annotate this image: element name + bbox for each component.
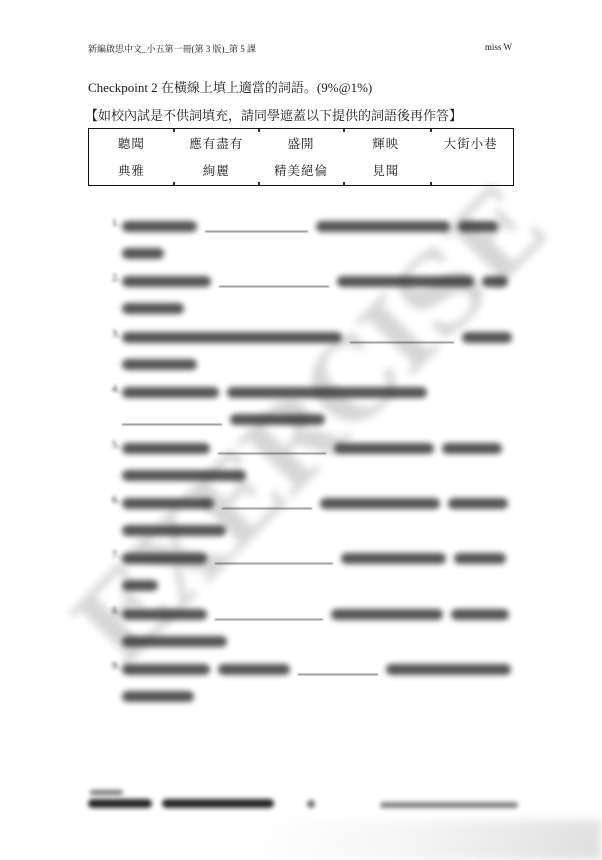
item-number: 7. [106, 549, 120, 561]
checkpoint-title: Checkpoint 2 在橫線上填上適當的詞語。(9%@1%) [88, 77, 372, 96]
blurred-text [442, 443, 502, 454]
worksheet-page: EXERCISE 新編啟思中文_小五第一冊(第 3 版)_第 5 課 miss … [0, 0, 602, 860]
item-number: 3. [106, 328, 120, 340]
blurred-text [122, 580, 158, 591]
answer-blank [222, 495, 312, 509]
exercise-line [122, 467, 246, 481]
word-bank-term: 典雅 [89, 157, 174, 185]
blurred-text [448, 498, 508, 509]
blurred-text [218, 664, 290, 675]
page-content: 新編啟思中文_小五第一冊(第 3 版)_第 5 課 miss W Checkpo… [0, 0, 602, 860]
page-header: 新編啟思中文_小五第一冊(第 3 版)_第 5 課 miss W [88, 42, 512, 55]
column-divider-tick [258, 129, 260, 132]
page-number [307, 800, 315, 808]
blurred-text [316, 221, 450, 232]
blurred-text [334, 443, 434, 454]
blurred-text [454, 553, 506, 564]
exercise-book-label [90, 790, 123, 795]
exercise-list: 1.2.3.4.5.6.7.8.9. [106, 214, 518, 713]
blurred-text [122, 303, 184, 314]
exercise-line [122, 606, 509, 620]
blurred-text [122, 248, 164, 259]
exercise-line [122, 550, 506, 564]
exercise-line [122, 411, 325, 425]
word-bank-body: 聽聞應有盡有盛開輝映大街小巷典雅絢麗精美絕倫見聞 [89, 129, 513, 184]
document-code [380, 802, 518, 808]
blurred-text [122, 691, 194, 702]
word-bank-term: 輝映 [343, 129, 428, 157]
exercise-line [122, 688, 194, 702]
blurred-text [482, 276, 508, 287]
column-divider-tick [173, 129, 175, 132]
instruction-note: 【如校內試是不供詞填充，請同學遮蓋以下提供的詞語後再作答】 [85, 105, 462, 124]
exercise-line [122, 356, 197, 370]
exercise-item: 8. [106, 602, 518, 657]
word-bank-term: 見聞 [343, 157, 428, 185]
document-title: 新編啟思中文_小五第一冊(第 3 版)_第 5 課 [88, 42, 256, 55]
blurred-text [331, 609, 443, 620]
blurred-text [122, 221, 197, 232]
page-corner-shadow [255, 820, 602, 860]
blurred-text [337, 276, 474, 287]
column-divider-tick [173, 182, 175, 185]
exercise-line [122, 218, 498, 232]
footer-title-part-1 [88, 799, 152, 808]
blurred-text [386, 664, 511, 675]
exercise-item: 5. [106, 436, 518, 491]
word-bank-table: 聽聞應有盡有盛開輝映大街小巷典雅絢麗精美絕倫見聞 [88, 128, 514, 186]
exercise-item: 3. [106, 325, 518, 380]
answer-blank [215, 550, 333, 564]
answer-blank [298, 661, 378, 675]
blurred-text [122, 276, 211, 287]
item-number: 8. [106, 605, 120, 617]
blurred-text [320, 498, 440, 509]
blurred-text [122, 525, 226, 536]
word-bank-term: 盛開 [259, 129, 344, 157]
blurred-text [122, 664, 210, 675]
exercise-line [122, 384, 427, 398]
word-bank-term: 應有盡有 [174, 129, 259, 157]
blurred-text [122, 443, 210, 454]
answer-blank [205, 218, 308, 232]
exercise-line [122, 440, 502, 454]
exercise-item: 6. [106, 491, 518, 546]
blurred-text [122, 470, 246, 481]
exercise-line [122, 522, 226, 536]
blurred-text [122, 359, 197, 370]
column-divider-tick [343, 129, 345, 132]
item-number: 6. [106, 494, 120, 506]
item-number: 2. [106, 272, 120, 284]
answer-blank [218, 440, 326, 454]
column-divider-tick [430, 182, 432, 185]
exercise-line [122, 633, 227, 647]
answer-blank [219, 273, 329, 287]
item-number: 4. [106, 383, 120, 395]
exercise-line [122, 273, 508, 287]
item-number: 1. [106, 217, 120, 229]
answer-blank [215, 606, 323, 620]
column-divider-tick [258, 182, 260, 185]
answer-blank [350, 329, 454, 343]
item-number: 9. [106, 660, 120, 672]
blurred-text [122, 553, 207, 564]
word-bank-term: 精美絕倫 [259, 157, 344, 185]
blurred-text [122, 498, 214, 509]
author-label: miss W [485, 42, 512, 55]
word-bank-empty-cell [428, 157, 513, 185]
blurred-text [341, 553, 446, 564]
exercise-item: 2. [106, 269, 518, 324]
exercise-item: 1. [106, 214, 518, 269]
answer-blank [122, 411, 222, 425]
word-bank-term: 大街小巷 [428, 129, 513, 157]
blurred-text [230, 414, 325, 425]
blurred-text [122, 636, 227, 647]
exercise-line [122, 577, 158, 591]
exercise-line [122, 495, 508, 509]
blurred-text [458, 221, 498, 232]
blurred-text [122, 332, 342, 343]
exercise-line [122, 329, 512, 343]
word-bank-term: 絢麗 [174, 157, 259, 185]
blurred-text [462, 332, 512, 343]
column-divider-tick [343, 182, 345, 185]
blurred-text [227, 387, 427, 398]
blurred-text [122, 387, 219, 398]
blurred-text [451, 609, 509, 620]
blurred-text [122, 609, 207, 620]
word-bank-row: 典雅絢麗精美絕倫見聞 [89, 157, 513, 185]
footer-title-part-2 [162, 799, 274, 808]
exercise-item: 7. [106, 546, 518, 601]
column-divider-tick [430, 129, 432, 132]
exercise-item: 9. [106, 657, 518, 712]
exercise-line [122, 245, 164, 259]
word-bank-row: 聽聞應有盡有盛開輝映大街小巷 [89, 129, 513, 157]
exercise-line [122, 300, 184, 314]
exercise-item: 4. [106, 380, 518, 435]
exercise-line [122, 661, 511, 675]
word-bank-term: 聽聞 [89, 129, 174, 157]
item-number: 5. [106, 439, 120, 451]
